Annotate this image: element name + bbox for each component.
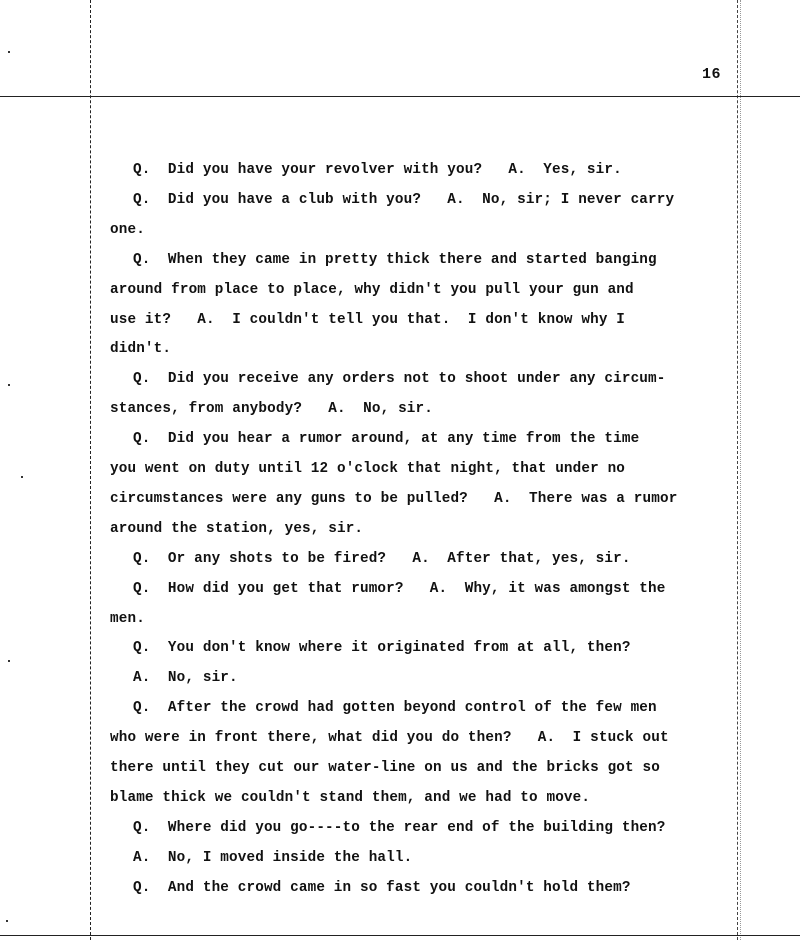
transcript-line: didn't. (110, 340, 171, 358)
scan-speck (6, 920, 8, 922)
transcript-line: circumstances were any guns to be pulled… (110, 490, 677, 508)
transcript-line: Q. When they came in pretty thick there … (133, 251, 657, 269)
transcript-line: there until they cut our water-line on u… (110, 759, 660, 777)
transcript-line: A. No, I moved inside the hall. (133, 849, 412, 867)
transcript-line: around from place to place, why didn't y… (110, 281, 634, 299)
left-margin-rule (90, 0, 91, 940)
page-number: 16 (702, 66, 721, 83)
transcript-line: blame thick we couldn't stand them, and … (110, 789, 590, 807)
right-margin-rule-secondary (740, 0, 741, 940)
transcript-line: Q. Or any shots to be fired? A. After th… (133, 550, 631, 568)
transcript-line: Q. After the crowd had gotten beyond con… (133, 699, 657, 717)
footer-rule (0, 935, 800, 936)
transcript-line: one. (110, 221, 145, 239)
transcript-line: Q. Where did you go----to the rear end o… (133, 819, 666, 837)
scan-speck (8, 51, 10, 53)
transcript-line: around the station, yes, sir. (110, 520, 363, 538)
transcript-line: you went on duty until 12 o'clock that n… (110, 460, 625, 478)
transcript-line: Q. You don't know where it originated fr… (133, 639, 631, 657)
transcript-line: Q. And the crowd came in so fast you cou… (133, 879, 631, 897)
transcript-line: who were in front there, what did you do… (110, 729, 669, 747)
scan-speck (8, 384, 10, 386)
transcript-line: use it? A. I couldn't tell you that. I d… (110, 311, 625, 329)
transcript-line: Q. Did you receive any orders not to sho… (133, 370, 666, 388)
transcript-line: Q. Did you have a club with you? A. No, … (133, 191, 674, 209)
transcript-line: Q. How did you get that rumor? A. Why, i… (133, 580, 666, 598)
transcript-line: men. (110, 610, 145, 628)
transcript-line: stances, from anybody? A. No, sir. (110, 400, 433, 418)
transcript-line: Q. Did you have your revolver with you? … (133, 161, 622, 179)
header-rule (0, 96, 800, 97)
scan-speck (21, 476, 23, 478)
scan-speck (8, 660, 10, 662)
transcript-line: Q. Did you hear a rumor around, at any t… (133, 430, 639, 448)
right-margin-rule (737, 0, 738, 940)
transcript-line: A. No, sir. (133, 669, 238, 687)
